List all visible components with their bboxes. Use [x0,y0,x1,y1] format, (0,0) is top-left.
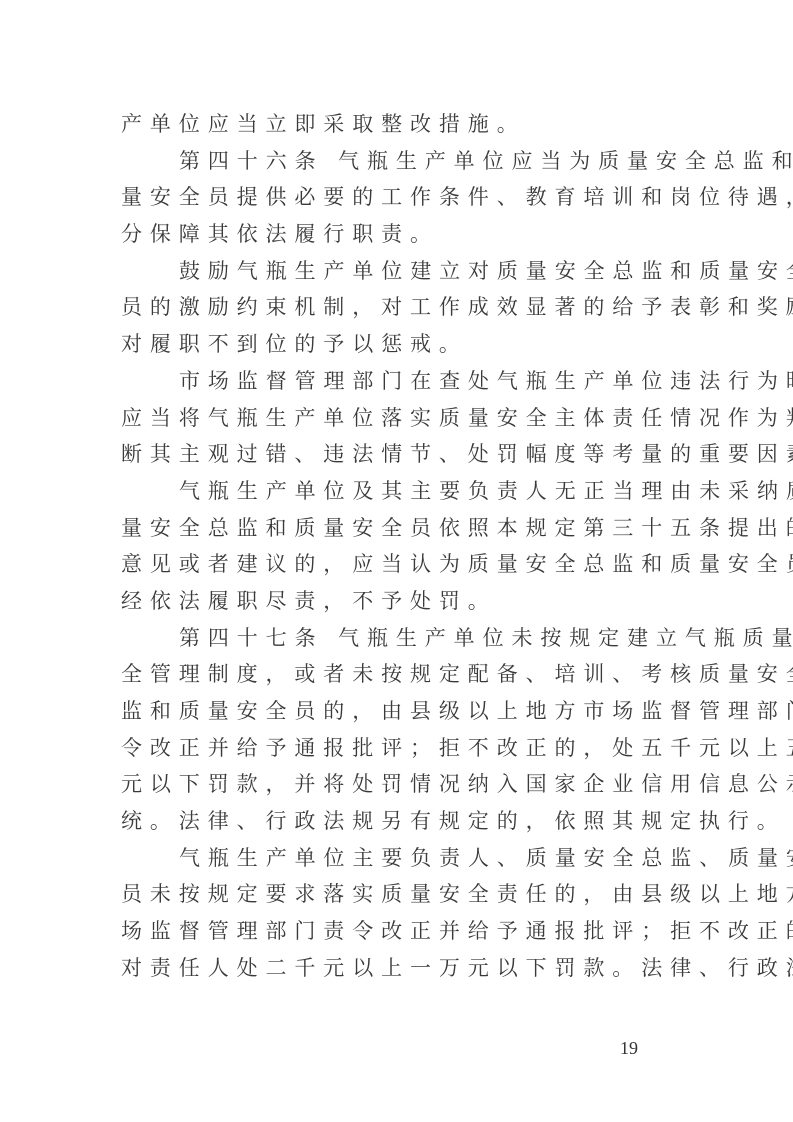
text-line: 气瓶生产单位主要负责人、质量安全总监、质量安全 [121,840,681,877]
text-line: 场监督管理部门责令改正并给予通报批评；拒不改正的， [121,913,681,950]
text-line: 令改正并给予通报批评；拒不改正的，处五千元以上五万 [121,730,681,767]
text-line: 第四十六条 气瓶生产单位应当为质量安全总监和质 [121,143,681,180]
text-line: 量安全员提供必要的工作条件、教育培训和岗位待遇，充 [121,179,681,216]
text-line: 监和质量安全员的，由县级以上地方市场监督管理部门责 [121,693,681,730]
document-page: 产单位应当立即采取整改措施。 第四十六条 气瓶生产单位应当为质量安全总监和质 量… [0,0,793,1122]
paragraph-article-47: 第四十七条 气瓶生产单位未按规定建立气瓶质量安 全管理制度，或者未按规定配备、培… [121,620,681,840]
text-line: 鼓励气瓶生产单位建立对质量安全总监和质量安全 [121,253,681,290]
text-line: 市场监督管理部门在查处气瓶生产单位违法行为时， [121,363,681,400]
text-line: 应当将气瓶生产单位落实质量安全主体责任情况作为判 [121,400,681,437]
paragraph-article-46: 第四十六条 气瓶生产单位应当为质量安全总监和质 量安全员提供必要的工作条件、教育… [121,143,681,253]
page-number: 19 [620,1038,638,1059]
text-line: 量安全总监和质量安全员依照本规定第三十五条提出的 [121,510,681,547]
paragraph-personal-liability: 气瓶生产单位主要负责人、质量安全总监、质量安全 员未按规定要求落实质量安全责任的… [121,840,681,987]
text-line: 断其主观过错、违法情节、处罚幅度等考量的重要因素。 [121,436,681,473]
text-line: 第四十七条 气瓶生产单位未按规定建立气瓶质量安 [121,620,681,657]
text-line: 经依法履职尽责，不予处罚。 [121,583,681,620]
text-line: 统。法律、行政法规另有规定的，依照其规定执行。 [121,803,681,840]
paragraph-exemption: 气瓶生产单位及其主要负责人无正当理由未采纳质 量安全总监和质量安全员依照本规定第… [121,473,681,620]
paragraph-supervision: 市场监督管理部门在查处气瓶生产单位违法行为时， 应当将气瓶生产单位落实质量安全主… [121,363,681,473]
text-line: 分保障其依法履行职责。 [121,216,681,253]
text-line: 元以下罚款，并将处罚情况纳入国家企业信用信息公示系 [121,766,681,803]
paragraph-incentive: 鼓励气瓶生产单位建立对质量安全总监和质量安全 员的激励约束机制，对工作成效显著的… [121,253,681,363]
text-line: 对责任人处二千元以上一万元以下罚款。法律、行政法规 [121,950,681,987]
text-line: 产单位应当立即采取整改措施。 [121,106,681,143]
text-line: 意见或者建议的，应当认为质量安全总监和质量安全员已 [121,546,681,583]
text-line: 对履职不到位的予以惩戒。 [121,326,681,363]
text-line: 员的激励约束机制，对工作成效显著的给予表彰和奖励， [121,289,681,326]
text-line: 全管理制度，或者未按规定配备、培训、考核质量安全总 [121,656,681,693]
text-line: 气瓶生产单位及其主要负责人无正当理由未采纳质 [121,473,681,510]
body-text: 产单位应当立即采取整改措施。 第四十六条 气瓶生产单位应当为质量安全总监和质 量… [121,106,681,987]
text-line: 员未按规定要求落实质量安全责任的，由县级以上地方市 [121,876,681,913]
paragraph-continuation: 产单位应当立即采取整改措施。 [121,106,681,143]
